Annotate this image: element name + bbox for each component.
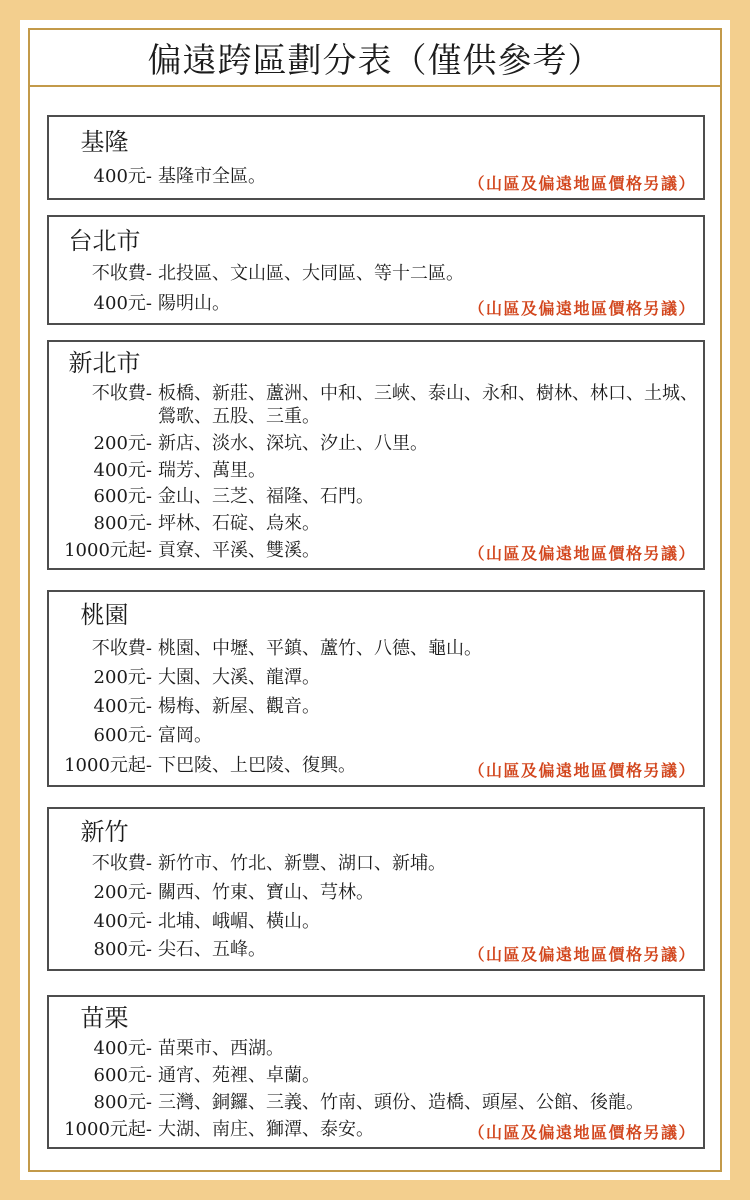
fee-label: 400元- <box>57 695 152 718</box>
fee-label: 400元- <box>57 165 152 188</box>
fee-label: 800元- <box>57 938 152 961</box>
area-list: 坪林、石碇、烏來。 <box>152 512 703 535</box>
fee-row: 400元- 楊梅、新屋、觀音。 <box>49 695 703 718</box>
section-new-taipei-city: 新北市 不收費- 板橋、新莊、蘆洲、中和、三峽、泰山、永和、樹林、林口、土城、鶯… <box>47 340 705 570</box>
area-list: 新店、淡水、深坑、汐止、八里。 <box>152 432 703 455</box>
fee-label: 400元- <box>57 1037 152 1060</box>
area-list: 瑞芳、萬里。 <box>152 459 703 482</box>
area-list: 北埔、峨嵋、橫山。 <box>152 910 703 933</box>
remote-price-note: （山區及偏遠地區價格另議） <box>468 942 696 965</box>
fee-row: 600元- 金山、三芝、福隆、石門。 <box>49 485 703 508</box>
white-panel: 偏遠跨區劃分表（僅供參考） 基隆 400元- 基隆市全區。 （山區及偏遠地區價格… <box>20 20 730 1180</box>
area-list: 三灣、銅鑼、三義、竹南、頭份、造橋、頭屋、公館、後龍。 <box>152 1091 703 1114</box>
fee-label: 400元- <box>57 910 152 933</box>
section-taoyuan: 桃園 不收費- 桃園、中壢、平鎮、蘆竹、八德、龜山。 200元- 大園、大溪、龍… <box>47 590 705 787</box>
remote-price-note: （山區及偏遠地區價格另議） <box>468 296 696 319</box>
section-heading: 台北市 <box>49 226 152 256</box>
fee-label: 200元- <box>57 881 152 904</box>
fee-row: 不收費- 北投區、文山區、大同區、等十二區。 <box>49 262 703 285</box>
gold-frame: 偏遠跨區劃分表（僅供參考） 基隆 400元- 基隆市全區。 （山區及偏遠地區價格… <box>28 28 722 1172</box>
area-list: 關西、竹東、寶山、芎林。 <box>152 881 703 904</box>
fee-label: 不收費- <box>57 637 152 660</box>
area-list: 板橋、新莊、蘆洲、中和、三峽、泰山、永和、樹林、林口、土城、鶯歌、五股、三重。 <box>152 382 703 428</box>
fee-row: 200元- 關西、竹東、寶山、芎林。 <box>49 881 703 904</box>
fee-row: 600元- 通宵、苑裡、卓蘭。 <box>49 1064 703 1087</box>
fee-label: 400元- <box>57 459 152 482</box>
fee-row: 800元- 三灣、銅鑼、三義、竹南、頭份、造橋、頭屋、公館、後龍。 <box>49 1091 703 1114</box>
page-title: 偏遠跨區劃分表（僅供參考） <box>148 33 603 82</box>
fee-row: 800元- 坪林、石碇、烏來。 <box>49 512 703 535</box>
section-heading: 新竹 <box>49 817 152 847</box>
section-keelung: 基隆 400元- 基隆市全區。 （山區及偏遠地區價格另議） <box>47 115 705 200</box>
fee-row: 600元- 富岡。 <box>49 724 703 747</box>
fee-label: 不收費- <box>57 382 152 405</box>
fee-label: 400元- <box>57 292 152 315</box>
area-list: 通宵、苑裡、卓蘭。 <box>152 1064 703 1087</box>
area-list: 楊梅、新屋、觀音。 <box>152 695 703 718</box>
fee-label: 600元- <box>57 724 152 747</box>
area-list: 北投區、文山區、大同區、等十二區。 <box>152 262 703 285</box>
section-hsinchu: 新竹 不收費- 新竹市、竹北、新豐、湖口、新埔。 200元- 關西、竹東、寶山、… <box>47 807 705 971</box>
area-list: 苗栗市、西湖。 <box>152 1037 703 1060</box>
fee-row: 200元- 大園、大溪、龍潭。 <box>49 666 703 689</box>
area-list: 富岡。 <box>152 724 703 747</box>
fee-label: 1000元起- <box>57 1118 152 1141</box>
area-list: 桃園、中壢、平鎮、蘆竹、八德、龜山。 <box>152 637 703 660</box>
section-heading: 新北市 <box>49 348 152 378</box>
remote-price-note: （山區及偏遠地區價格另議） <box>468 1120 696 1143</box>
fee-label: 200元- <box>57 432 152 455</box>
fee-row: 不收費- 板橋、新莊、蘆洲、中和、三峽、泰山、永和、樹林、林口、土城、鶯歌、五股… <box>49 382 703 428</box>
fee-label: 不收費- <box>57 262 152 285</box>
section-heading: 苗栗 <box>49 1003 152 1033</box>
remote-price-note: （山區及偏遠地區價格另議） <box>468 758 696 781</box>
area-list: 金山、三芝、福隆、石門。 <box>152 485 703 508</box>
sections-container: 基隆 400元- 基隆市全區。 （山區及偏遠地區價格另議） 台北市 不收費- 北… <box>30 87 720 1149</box>
section-heading: 桃園 <box>49 600 152 630</box>
remote-area-fee-sheet: { "title": "偏遠跨區劃分表（僅供參考）", "remote_note… <box>0 0 750 1200</box>
fee-row: 不收費- 新竹市、竹北、新豐、湖口、新埔。 <box>49 852 703 875</box>
title-bar: 偏遠跨區劃分表（僅供參考） <box>30 30 720 87</box>
fee-row: 不收費- 桃園、中壢、平鎮、蘆竹、八德、龜山。 <box>49 637 703 660</box>
remote-price-note: （山區及偏遠地區價格另議） <box>468 171 696 194</box>
fee-row: 400元- 苗栗市、西湖。 <box>49 1037 703 1060</box>
fee-label: 不收費- <box>57 852 152 875</box>
remote-price-note: （山區及偏遠地區價格另議） <box>468 541 696 564</box>
fee-row: 400元- 北埔、峨嵋、橫山。 <box>49 910 703 933</box>
fee-row: 200元- 新店、淡水、深坑、汐止、八里。 <box>49 432 703 455</box>
area-list: 大園、大溪、龍潭。 <box>152 666 703 689</box>
fee-label: 1000元起- <box>57 754 152 777</box>
fee-label: 800元- <box>57 1091 152 1114</box>
fee-label: 600元- <box>57 485 152 508</box>
area-list: 新竹市、竹北、新豐、湖口、新埔。 <box>152 852 703 875</box>
fee-label: 1000元起- <box>57 539 152 562</box>
fee-label: 600元- <box>57 1064 152 1087</box>
section-heading: 基隆 <box>49 127 152 157</box>
fee-label: 200元- <box>57 666 152 689</box>
section-taipei-city: 台北市 不收費- 北投區、文山區、大同區、等十二區。 400元- 陽明山。 （山… <box>47 215 705 325</box>
fee-label: 800元- <box>57 512 152 535</box>
fee-row: 400元- 瑞芳、萬里。 <box>49 459 703 482</box>
section-miaoli: 苗栗 400元- 苗栗市、西湖。 600元- 通宵、苑裡、卓蘭。 800元- 三… <box>47 995 705 1149</box>
